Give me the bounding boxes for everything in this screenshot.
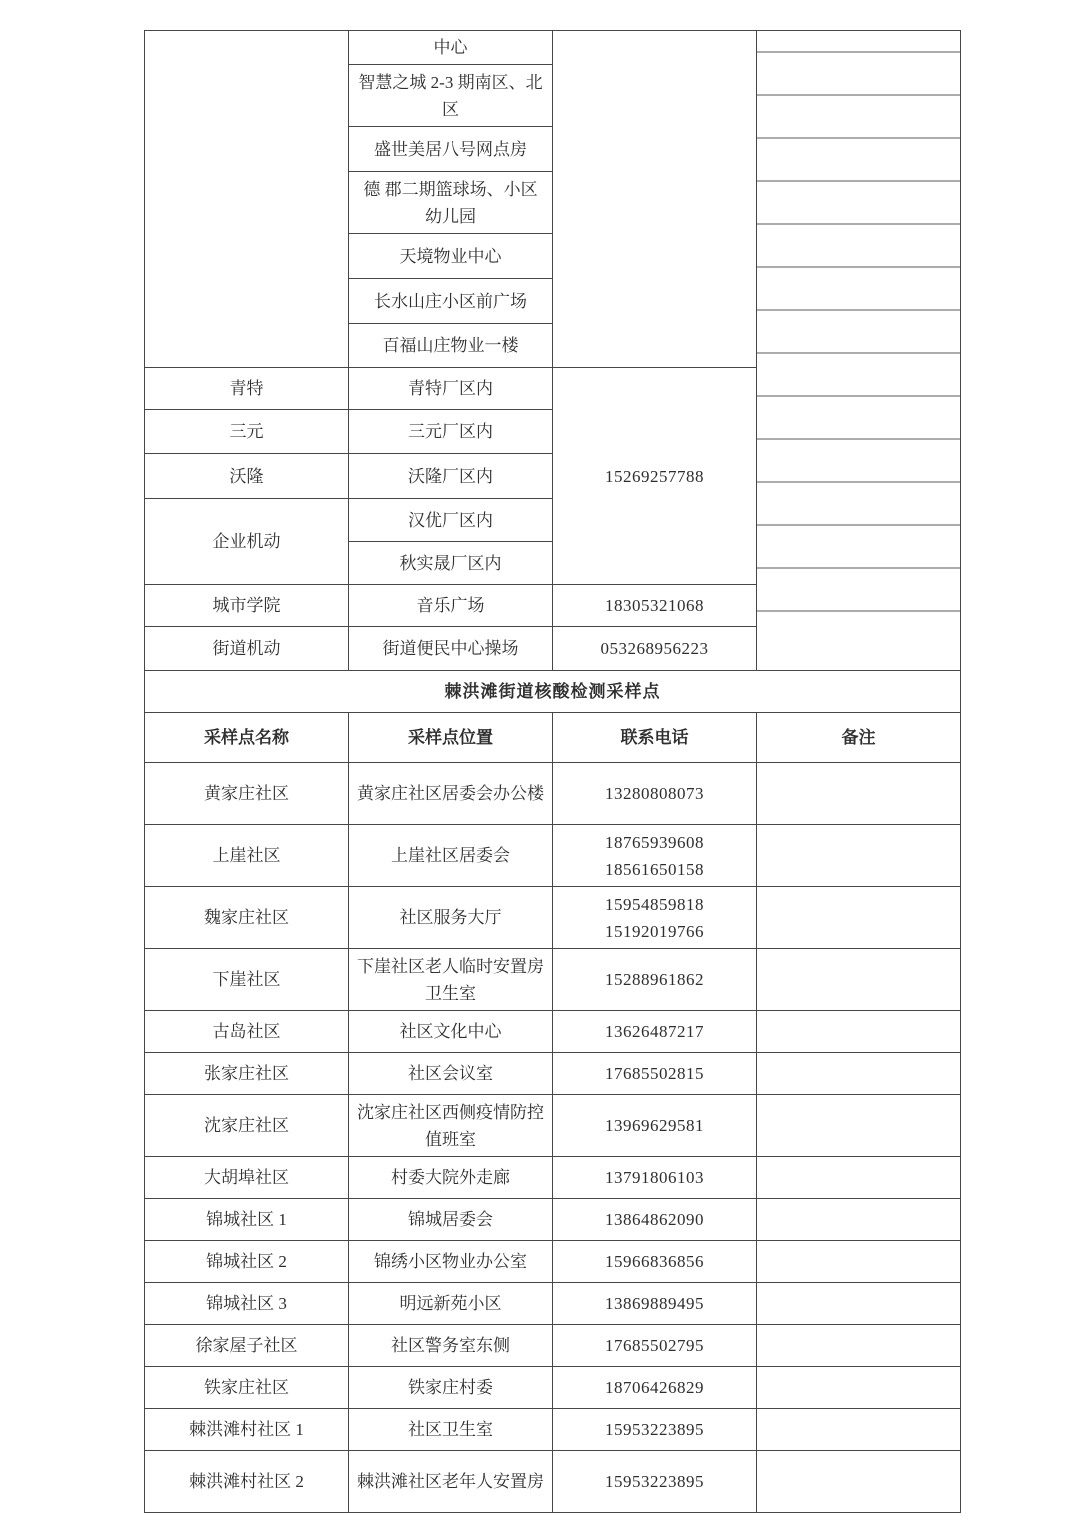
table-row: 棘洪滩村社区 2 棘洪滩社区老年人安置房 15953223895 [145,1451,961,1513]
phone-cell: 17685502795 [553,1325,757,1367]
site-location-cell: 棘洪滩社区老年人安置房 [349,1451,553,1513]
site-location-cell: 天境物业中心 [349,234,553,279]
phone-cell: 18765939608 18561650158 [553,825,757,887]
site-name-cell: 三元 [145,410,349,454]
sampling-points-table: 中心 智慧之城 2-3 期南区、北区 盛世美居八号网点房 德 郡二期篮球场、小区… [144,30,961,1513]
header-note: 备注 [757,713,961,763]
header-site-location: 采样点位置 [349,713,553,763]
table-row: 古岛社区 社区文化中心 13626487217 [145,1011,961,1053]
note-cell [757,825,961,887]
site-name-cell: 棘洪滩村社区 1 [145,1409,349,1451]
table-row: 锦城社区 3 明远新苑小区 13869889495 [145,1283,961,1325]
phone-cell: 053268956223 [553,627,757,671]
site-location-cell: 青特厂区内 [349,368,553,410]
table-row: 上崖社区 上崖社区居委会 18765939608 18561650158 [145,825,961,887]
site-location-cell: 智慧之城 2-3 期南区、北区 [349,65,553,127]
note-cell [757,1095,961,1157]
site-name-cell: 锦城社区 3 [145,1283,349,1325]
site-name-cell: 锦城社区 2 [145,1241,349,1283]
site-location-cell: 百福山庄物业一楼 [349,324,553,368]
phone-cell: 18305321068 [553,585,757,627]
phone-cell: 13869889495 [553,1283,757,1325]
site-location-cell: 明远新苑小区 [349,1283,553,1325]
merged-phone-cell-empty [553,31,757,368]
note-cell [757,1451,961,1513]
table-row: 张家庄社区 社区会议室 17685502815 [145,1053,961,1095]
site-name-cell: 街道机动 [145,627,349,671]
site-name-cell: 徐家屋子社区 [145,1325,349,1367]
table-row: 大胡埠社区 村委大院外走廊 13791806103 [145,1157,961,1199]
note-cell [757,1053,961,1095]
note-cell [757,763,961,825]
site-location-cell: 锦城居委会 [349,1199,553,1241]
table-row: 锦城社区 2 锦绣小区物业办公室 15966836856 [145,1241,961,1283]
site-location-cell: 三元厂区内 [349,410,553,454]
site-name-cell: 下崖社区 [145,949,349,1011]
merged-phone-cell: 15269257788 [553,368,757,585]
note-cell [757,1157,961,1199]
site-name-cell: 锦城社区 1 [145,1199,349,1241]
note-cell [757,1325,961,1367]
site-location-cell: 上崖社区居委会 [349,825,553,887]
table-row: 中心 [145,31,961,65]
site-location-cell: 德 郡二期篮球场、小区幼儿园 [349,172,553,234]
phone-cell: 13969629581 [553,1095,757,1157]
site-location-cell: 长水山庄小区前广场 [349,279,553,324]
site-name-cell: 企业机动 [145,499,349,585]
site-name-cell: 黄家庄社区 [145,763,349,825]
site-name-cell: 铁家庄社区 [145,1367,349,1409]
phone-cell: 17685502815 [553,1053,757,1095]
site-location-cell: 黄家庄社区居委会办公楼 [349,763,553,825]
table-row: 铁家庄社区 铁家庄村委 18706426829 [145,1367,961,1409]
phone-cell: 18706426829 [553,1367,757,1409]
table-row: 棘洪滩村社区 1 社区卫生室 15953223895 [145,1409,961,1451]
merged-name-cell [145,31,349,368]
site-location-cell: 社区会议室 [349,1053,553,1095]
phone-cell: 13791806103 [553,1157,757,1199]
note-column-continuation [757,31,961,671]
table-row: 下崖社区 下崖社区老人临时安置房卫生室 15288961862 [145,949,961,1011]
site-location-cell: 社区卫生室 [349,1409,553,1451]
site-location-cell: 秋实晟厂区内 [349,542,553,585]
phone-cell: 15953223895 [553,1409,757,1451]
phone-cell: 15966836856 [553,1241,757,1283]
table-row: 徐家屋子社区 社区警务室东侧 17685502795 [145,1325,961,1367]
site-location-cell: 铁家庄村委 [349,1367,553,1409]
site-name-cell: 张家庄社区 [145,1053,349,1095]
note-cell [757,887,961,949]
phone-cell: 13626487217 [553,1011,757,1053]
site-location-cell: 音乐广场 [349,585,553,627]
site-name-cell: 沃隆 [145,454,349,499]
note-cell [757,1199,961,1241]
phone-cell: 13864862090 [553,1199,757,1241]
note-cell [757,1367,961,1409]
note-cell [757,1409,961,1451]
note-cell [757,1283,961,1325]
site-location-cell: 沈家庄社区西侧疫情防控值班室 [349,1095,553,1157]
table-row: 黄家庄社区 黄家庄社区居委会办公楼 13280808073 [145,763,961,825]
table-row: 沈家庄社区 沈家庄社区西侧疫情防控值班室 13969629581 [145,1095,961,1157]
site-name-cell: 魏家庄社区 [145,887,349,949]
section-title-row: 棘洪滩街道核酸检测采样点 [145,671,961,713]
site-name-cell: 棘洪滩村社区 2 [145,1451,349,1513]
site-location-cell: 锦绣小区物业办公室 [349,1241,553,1283]
site-location-cell: 街道便民中心操场 [349,627,553,671]
header-row: 采样点名称 采样点位置 联系电话 备注 [145,713,961,763]
section-title: 棘洪滩街道核酸检测采样点 [145,671,961,713]
site-name-cell: 大胡埠社区 [145,1157,349,1199]
site-location-cell: 下崖社区老人临时安置房卫生室 [349,949,553,1011]
site-location-cell: 汉优厂区内 [349,499,553,542]
site-location-cell: 盛世美居八号网点房 [349,127,553,172]
note-cell [757,949,961,1011]
site-name-cell: 上崖社区 [145,825,349,887]
phone-cell: 15953223895 [553,1451,757,1513]
site-location-cell: 社区文化中心 [349,1011,553,1053]
table-row: 锦城社区 1 锦城居委会 13864862090 [145,1199,961,1241]
note-cell [757,1241,961,1283]
site-location-cell: 中心 [349,31,553,65]
header-site-name: 采样点名称 [145,713,349,763]
site-name-cell: 古岛社区 [145,1011,349,1053]
site-name-cell: 青特 [145,368,349,410]
site-location-cell: 村委大院外走廊 [349,1157,553,1199]
header-phone: 联系电话 [553,713,757,763]
site-name-cell: 沈家庄社区 [145,1095,349,1157]
site-location-cell: 沃隆厂区内 [349,454,553,499]
phone-cell: 15954859818 15192019766 [553,887,757,949]
site-location-cell: 社区服务大厅 [349,887,553,949]
table-row: 魏家庄社区 社区服务大厅 15954859818 15192019766 [145,887,961,949]
site-name-cell: 城市学院 [145,585,349,627]
phone-cell: 15288961862 [553,949,757,1011]
note-cell [757,1011,961,1053]
phone-cell: 13280808073 [553,763,757,825]
site-location-cell: 社区警务室东侧 [349,1325,553,1367]
